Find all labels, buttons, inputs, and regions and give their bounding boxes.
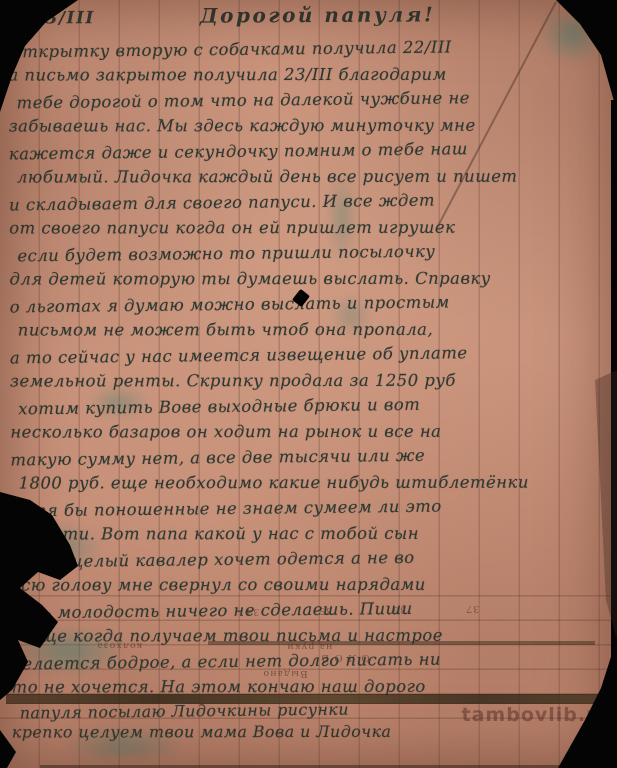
photo-background: 34353637колхозана рукиО Л О ВВыдано 23/I… [0, 0, 617, 768]
letter-line: от своего папуси когда он ей пришлет игр… [9, 214, 616, 241]
letter-line: ведь молодость ничего не сделаешь. Пиши [11, 594, 617, 626]
letter-line: а письмо закрытое получила 23/III благод… [8, 61, 615, 88]
letter-line: забываешь нас. Мы здесь каждую минуточку… [9, 112, 616, 139]
letter-line: обрести. Вот папа какой у нас с тобой сы… [11, 520, 617, 547]
letter-heading: Дорогой папуля! [200, 2, 436, 27]
letter-line: Открытку вторую с собачками получила 22/… [8, 33, 615, 65]
letter-line: стал целый кавалер хочет одется а не во [11, 543, 617, 575]
letter-line: несколько базаров он ходит на рынок и вс… [10, 418, 617, 445]
letter-line: всю голову мне свернул со своими нарядам… [11, 571, 617, 598]
letter-line: а то сейчас у нас имеется извещение об у… [10, 339, 617, 371]
watermark: tambovlib.ru [462, 704, 611, 726]
letter-line: земельной ренты. Скрипку продала за 1250… [10, 367, 617, 394]
letter-line: любимый. Лидочка каждый день все рисует … [9, 163, 616, 190]
handwritten-letter: 23/III Дорогой папуля! Открытку вторую с… [8, 1, 617, 744]
letter-date: 23/III [32, 8, 95, 28]
letter-line: тебе дорогой о том что на далекой чужбин… [8, 84, 615, 116]
letter-paper: 34353637колхозана рукиО Л О ВВыдано 23/I… [0, 0, 617, 768]
letter-line: хотим купить Вове выходные брюки и вот [10, 390, 617, 422]
letter-line: и складывает для своего папуси. И все жд… [9, 186, 616, 218]
letter-line: кажется даже и секундочку помним о тебе … [9, 135, 616, 167]
letter-line: письмом не может быть чтоб она пропала, [10, 316, 617, 343]
letter-line: для детей которую ты думаешь выслать. Сп… [9, 265, 616, 292]
letter-first-line: 23/III Дорогой папуля! [8, 1, 615, 37]
letter-line: делается бодрое, а если нет долго писать… [11, 645, 617, 677]
letter-line: хотя бы поношенные не знаем сумеем ли эт… [11, 492, 617, 524]
letter-body: Открытку вторую с собачками получила 22/… [8, 34, 617, 744]
letter-line: если будет возможно то пришли посылочку [9, 237, 616, 269]
letter-line: 1800 руб. еще необходимо какие нибудь шт… [11, 469, 617, 496]
letter-line: то не хочется. На этом кончаю наш дорого [12, 673, 617, 700]
letter-line: о льготах я думаю можно выслать и просты… [10, 288, 617, 320]
letter-line: такую сумму нет, а все две тысячи или же [10, 441, 617, 473]
letter-line: чаще когда получаем твои письма и настро… [11, 622, 617, 649]
